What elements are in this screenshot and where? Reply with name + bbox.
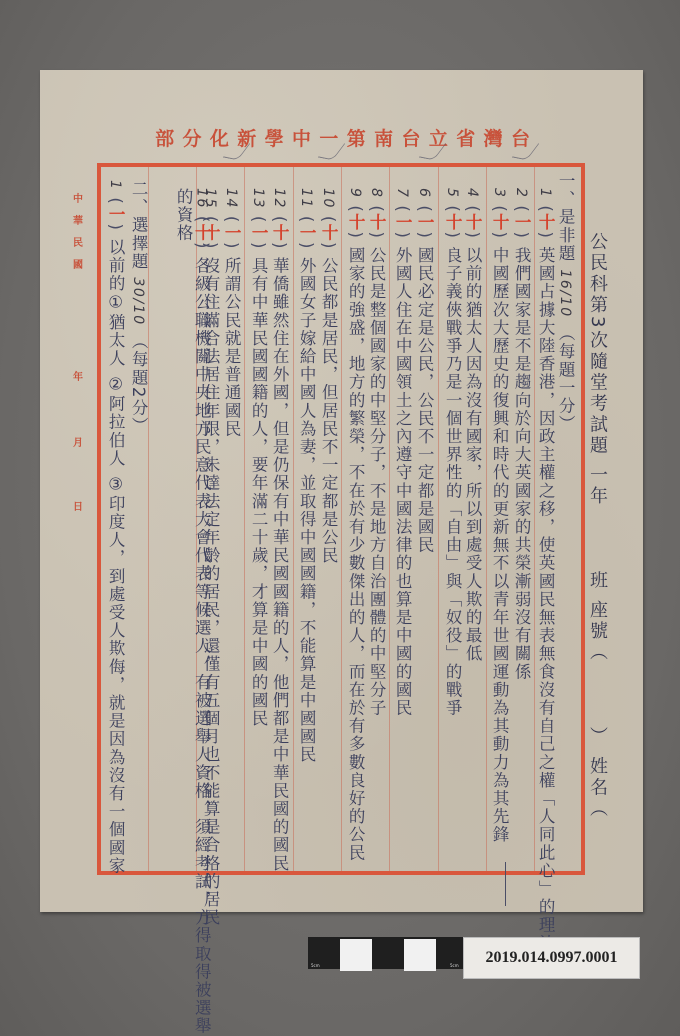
question-text: 國家的強盛，地方的繁榮，不在於有少數傑出的人，而在於有多數良好的公民 — [346, 246, 365, 861]
question-number: 11 — [298, 188, 314, 209]
question-number: 10 — [320, 188, 336, 209]
date-char: 月 — [73, 434, 83, 449]
question-number: 6 — [416, 188, 432, 199]
question-16: 16 (十) 各級公職機關中央地方民意代表大會代表等候選人，有被選舉人資格，須經… — [174, 188, 210, 1036]
date-char: 國 — [73, 256, 83, 271]
header-char: 中 — [292, 124, 311, 151]
scale-label: 5cm — [311, 963, 320, 968]
accession-number-label: 2019.014.0997.0001 — [463, 937, 640, 979]
exam-title: 公民科第3次隨堂考試題 — [587, 232, 608, 456]
section-note: （每題一分） — [556, 325, 575, 434]
question-text: 具有中華民國國籍的人，要年滿二十歲，才算是中國的國民 — [249, 257, 268, 728]
ruling-line — [293, 167, 294, 871]
choice-question-1: 1 (一) 以前的①猶太人 ②阿拉伯人 ③印度人，到處受人欺侮，就是因為沒有一個… — [106, 180, 124, 875]
question-number: 7 — [394, 188, 410, 199]
date-char: 中 — [73, 190, 83, 205]
answer-mark: 十 — [319, 224, 338, 242]
question-number: 3 — [491, 188, 507, 199]
pencil-stroke — [505, 862, 506, 906]
question-8: 8 (十) 公民是整個國家的中堅分子，不是地方自治團體的中堅分子 — [367, 188, 385, 717]
answer-mark: 一 — [512, 213, 531, 231]
section-score: 16/10 — [557, 269, 573, 317]
question-text: 公民都是居民，但居民不一定都是公民 — [319, 257, 338, 565]
exam-title-column: 公民科第3次隨堂考試題 一年 班 座號（ ） 姓名（ ） — [588, 232, 606, 970]
question-7: 7 (一) 外國人住在中國領土之內遵守中國法律的也算是中國的國民 — [393, 188, 411, 717]
question-number: 12 — [271, 188, 287, 209]
question-4: 4 (十) 以前的猶太人因為沒有國家，所以到處受人欺的最低 — [463, 188, 481, 663]
name-label: 姓名（ — [587, 757, 608, 820]
question-10: 10 (十) 公民都是居民，但居民不一定都是公民 — [319, 188, 337, 565]
answer-mark: 十 — [463, 213, 482, 231]
question-11: 11 (一) 外國女子嫁給中國人為妻，並取得中國國籍，不能算是中國國民 — [297, 188, 315, 764]
ruling-line — [534, 167, 535, 871]
ruling-line — [341, 167, 342, 871]
grade-label: 一年 — [587, 465, 608, 507]
header-char: 分 — [182, 124, 201, 151]
question-text: 我們國家是不是趨向於向大英國家的共榮漸弱沒有關係 — [512, 246, 531, 680]
section-title: 一、是非題 — [556, 172, 575, 263]
question-number: 1 — [107, 180, 123, 191]
question-5: 5 (十) 良子義俠戰爭乃是一個世界性的「自由」與「奴役」的戰爭 — [443, 188, 461, 717]
question-text: 公民是整個國家的中堅分子，不是地方自治團體的中堅分子 — [367, 246, 386, 717]
answer-mark: 十 — [346, 213, 365, 231]
class-label: 班 — [587, 571, 608, 592]
header-char: 省 — [456, 124, 475, 151]
ruling-line — [438, 167, 439, 871]
question-13: 13 (一) 具有中華民國國籍的人，要年滿二十歲，才算是中國的國民 — [249, 188, 267, 728]
question-9: 9 (十) 國家的強盛，地方的繁榮，不在於有少數傑出的人，而在於有多數良好的公民 — [346, 188, 364, 862]
section-score: 30/10 — [130, 277, 146, 325]
date-char: 民 — [73, 234, 83, 249]
question-2: 2 (一) 我們國家是不是趨向於向大英國家的共榮漸弱沒有關係 — [512, 188, 530, 681]
date-char: 華 — [73, 212, 83, 227]
accession-number: 2019.014.0997.0001 — [486, 949, 618, 967]
question-number: 16 — [193, 188, 209, 209]
question-text: 英國占據大陸香港，因政主權之移，使英國民無表無食沒有自己之權「人同此心」的理法 — [536, 246, 555, 952]
question-number: 5 — [444, 188, 460, 199]
header-char: 第 — [347, 124, 366, 151]
header-char: 台 — [401, 124, 420, 151]
date-char: 日 — [73, 498, 83, 513]
seat-label: 座號（ — [587, 600, 608, 663]
question-12: 12 (十) 華僑雖然住在外國，但是仍保有中華民國國籍的人，他們都是中華民國的國… — [270, 188, 288, 872]
question-3: 3 (十) 中國歷次大歷史的復興和時代的更新無不以青年世國運動為其動力為其先鋒 — [490, 188, 508, 844]
seat-close: ） — [587, 727, 608, 748]
question-number: 9 — [347, 188, 363, 199]
question-number: 14 — [223, 188, 239, 209]
question-text: 各級公職機關中央地方民意代表大會代表等候選人，有被選舉人資格，須經考試，方得取得… — [174, 188, 211, 1035]
ruling-line — [486, 167, 487, 871]
answer-mark: 十 — [192, 224, 211, 242]
answer-mark: 十 — [270, 224, 289, 242]
question-1: 1 (十) 英國占據大陸香港，因政主權之移，使英國民無表無食沒有自己之權「人同此… — [536, 188, 554, 952]
scale-label: 5cm — [450, 963, 459, 968]
question-number: 13 — [250, 188, 266, 209]
question-text: 良子義俠戰爭乃是一個世界性的「自由」與「奴役」的戰爭 — [443, 246, 462, 717]
date-char: 年 — [73, 368, 83, 383]
question-text: 外國女子嫁給中國人為妻，並取得中國國籍，不能算是中國國民 — [297, 257, 316, 764]
header-char: 化 — [210, 124, 229, 151]
answer-mark: 一 — [415, 213, 434, 231]
header-char: 部 — [155, 124, 174, 151]
answer-mark: 一 — [222, 224, 241, 242]
color-scale-bar: 5cm 5cm — [308, 937, 468, 969]
question-text: 國民必定是公民，公民不一定都是國民 — [415, 246, 434, 554]
answer-mark: 十 — [443, 213, 462, 231]
question-text: 中國歷次大歷史的復興和時代的更新無不以青年世國運動為其動力為其先鋒 — [490, 246, 509, 843]
section-note: （每題2分） — [129, 333, 148, 436]
question-text: 以前的①猶太人 ②阿拉伯人 ③印度人，到處受人欺侮，就是因為沒有一個國家 — [106, 238, 125, 875]
question-text: 所謂公民就是普通國民 — [222, 257, 241, 438]
answer-mark: 十 — [490, 213, 509, 231]
header-char: 南 — [374, 124, 393, 151]
answer-mark: 一 — [393, 213, 412, 231]
question-number: 8 — [368, 188, 384, 199]
header-char: 灣 — [484, 124, 503, 151]
question-number: 2 — [513, 188, 529, 199]
ruling-line — [389, 167, 390, 871]
question-text: 外國人住在中國領土之內遵守中國法律的也算是中國的國民 — [393, 246, 412, 717]
section-1-heading: 一、是非題 16/10 （每題一分） — [556, 172, 574, 433]
question-number: 1 — [537, 188, 553, 199]
header-char: 學 — [265, 124, 284, 151]
question-number: 4 — [464, 188, 480, 199]
section-2-heading: 二、選擇題 30/10 （每題2分） — [129, 180, 147, 435]
question-text: 以前的猶太人因為沒有國家，所以到處受人欺的最低 — [463, 246, 482, 662]
question-text: 華僑雖然住在外國，但是仍保有中華民國國籍的人，他們都是中華民國的國民 — [270, 257, 289, 872]
ruling-line — [244, 167, 245, 871]
section-title: 二、選擇題 — [129, 180, 148, 271]
ruling-line — [148, 167, 149, 871]
question-6: 6 (一) 國民必定是公民，公民不一定都是國民 — [415, 188, 433, 554]
answer-mark: 十 — [536, 213, 555, 231]
answer-mark: 一 — [297, 224, 316, 242]
question-14: 14 (一) 所謂公民就是普通國民 — [222, 188, 240, 438]
answer-mark: 一 — [249, 224, 268, 242]
answer-mark: 十 — [367, 213, 386, 231]
answer-mark: 一 — [106, 205, 125, 223]
